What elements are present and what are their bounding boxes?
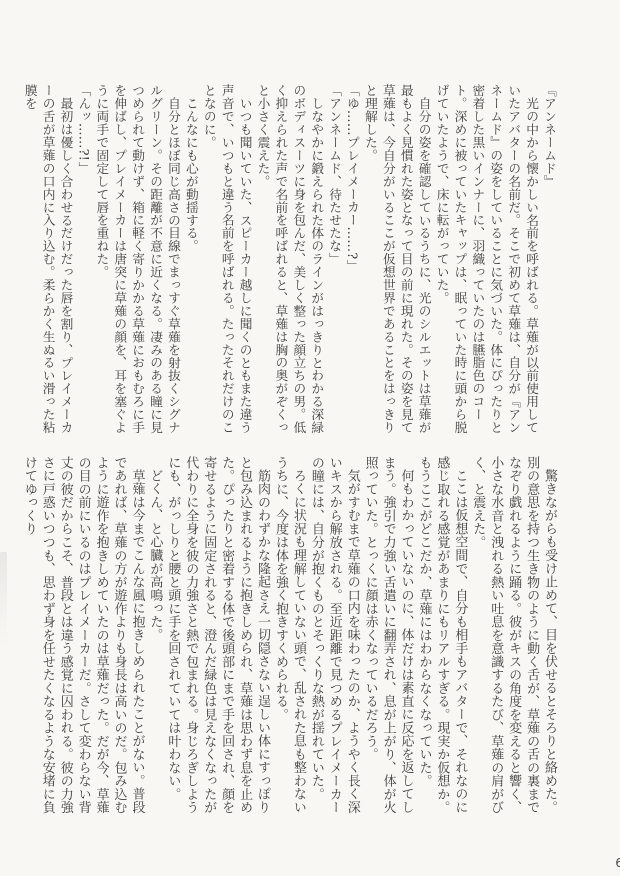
paragraph: 『アンネームド』 (540, 84, 558, 436)
dialogue-line: 「んッ……?!」 (75, 84, 93, 436)
scan-artifact (0, 552, 7, 647)
paragraph: しなやかに鍛えられた体のラインがはっきりとわかる深緑のボディスーツに身を包んだ、… (254, 84, 326, 436)
text-block-bottom: 驚きながらも受け止めて、目を伏せるとそろりと絡めた。別の意思を持つ生き物のように… (20, 456, 558, 824)
paragraph: 光の中から懐かしい名前を呼ばれる。草薙が以前使用していたアバターの名前だ。そこで… (433, 84, 540, 436)
paragraph: 最初は優しく合わせるだけだった唇を割り、プレイメーカーの舌が草薙の口内に入り込む… (21, 84, 75, 436)
dialogue-line: 「アンネームド、待たせたな」 (325, 84, 343, 436)
paragraph: 何もわかっていないのに、体だけは素直に反応を返してしまう。強引で力強い舌遣いに翻… (361, 456, 415, 824)
paragraph: 自分の姿を確認しているうちに、光のシルエットは草薙が最もよく見慣れた姿となって目… (361, 84, 433, 436)
paragraph: ろくに状況も理解していない頭で、乱された息も整わないうちに、今度は体を強く抱きす… (271, 456, 307, 824)
text-block-top: 『アンネームド』 光の中から懐かしい名前を呼ばれる。草薙が以前使用していたアバタ… (21, 84, 558, 436)
dialogue-line: 「ゆ……プレイメーカー……?」 (343, 84, 361, 436)
paragraph: 筋肉のわずかな隆起さえ一切隠さない逞しい体にすっぽりと包み込まれるように抱きしめ… (163, 456, 271, 824)
paragraph: 気がすむまで草薙の口内を味わったのか、ようやく長く深いキスから解放される。至近距… (307, 456, 361, 824)
paragraph: 草薙は今までこんな風に抱きしめられたことがない。普段であれば、草薙の方が遊作より… (20, 456, 146, 824)
paragraph: 驚きながらも受け止めて、目を伏せるとそろりと絡めた。別の意思を持つ生き物のように… (468, 456, 558, 824)
scanned-novel-page: 『アンネームド』 光の中から懐かしい名前を呼ばれる。草薙が以前使用していたアバタ… (0, 0, 620, 876)
paragraph: 自分とほぼ同じ高さの目線でまっすぐ草薙を射抜くシグナルグリーン。その距離が不意に… (92, 84, 182, 436)
paragraph: ここは仮想空間で、自分も相手もアバターで、それなのに感じ取れる感覚があまりにもリ… (415, 456, 469, 824)
paragraph: どくん、と心臓が高鳴った。 (145, 456, 163, 824)
paragraph: こんなにも心が動揺する。 (182, 84, 200, 436)
page-number: 6 (615, 856, 620, 870)
paragraph: いつも聞いていた、スピーカー越しに聞くのともまた違う声音で、いつもと違う名前を呼… (200, 84, 254, 436)
